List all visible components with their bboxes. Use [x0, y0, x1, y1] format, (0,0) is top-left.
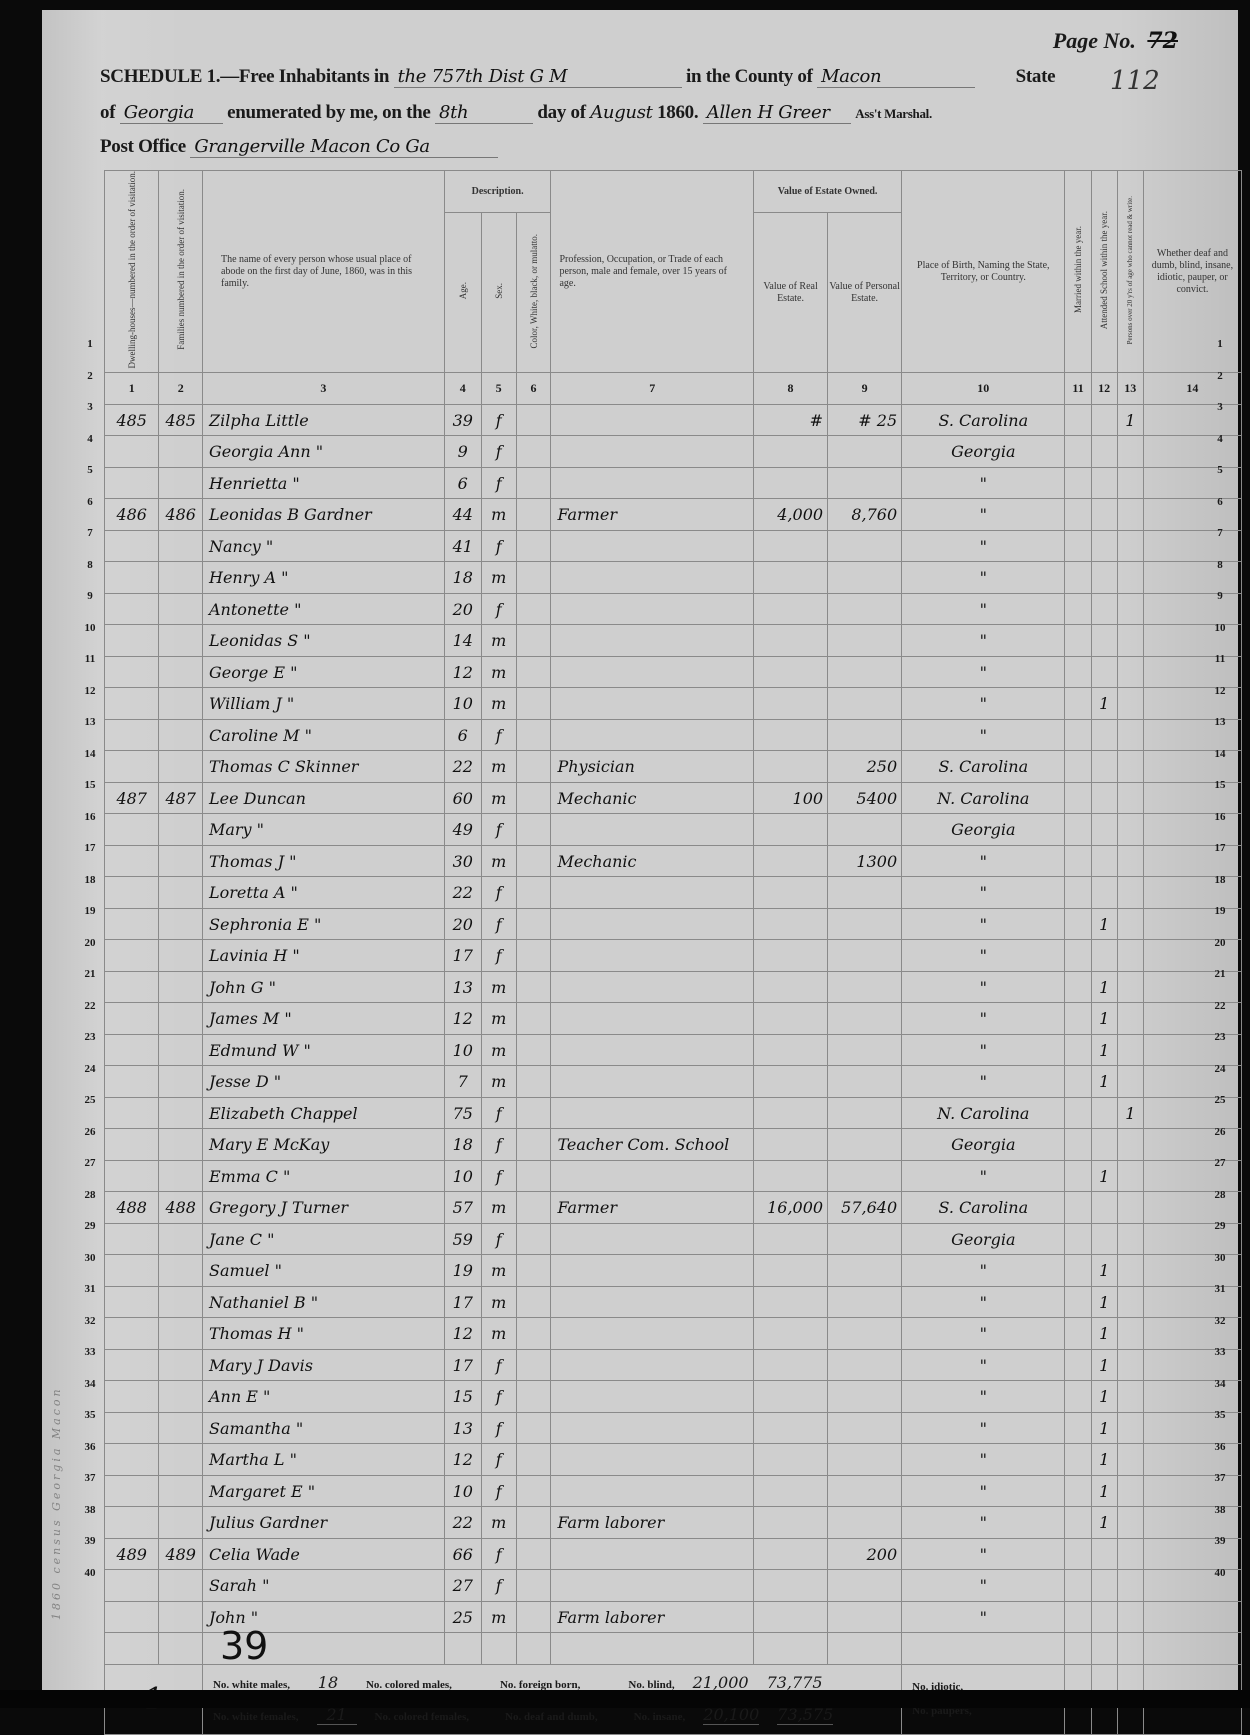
real-estate-value	[754, 1570, 828, 1602]
person-name: Loretta A "	[202, 877, 444, 909]
row-number-right: 32	[1208, 1315, 1232, 1327]
person-name: Celia Wade	[202, 1538, 444, 1570]
dwelling-number	[105, 593, 159, 625]
family-number	[159, 877, 203, 909]
attended-school	[1091, 656, 1117, 688]
page-number-label: Page No.	[1053, 28, 1136, 53]
col-header-personal-estate: Value of Personal Estate.	[828, 213, 902, 373]
married-within-year	[1065, 908, 1091, 940]
personal-estate-value	[828, 971, 902, 1003]
occupation	[551, 1633, 754, 1665]
color	[516, 814, 551, 846]
occupation	[551, 1444, 754, 1476]
col-header-family: Families numbered in the order of visita…	[159, 171, 203, 373]
color	[516, 1633, 551, 1665]
cannot-read-write: 1	[1117, 1097, 1143, 1129]
row-number-left: 21	[78, 968, 102, 980]
personal-estate-value	[828, 562, 902, 594]
dwelling-number	[105, 1003, 159, 1035]
birthplace: "	[902, 719, 1065, 751]
attended-school: 1	[1091, 1160, 1117, 1192]
color	[516, 1066, 551, 1098]
cannot-read-write	[1117, 1381, 1143, 1413]
real-estate-value	[754, 1475, 828, 1507]
dwelling-number	[105, 1223, 159, 1255]
cannot-read-write	[1117, 530, 1143, 562]
personal-estate-value	[828, 593, 902, 625]
dwelling-number	[105, 1633, 159, 1665]
family-number	[159, 625, 203, 657]
attended-school	[1091, 1570, 1117, 1602]
age: 75	[444, 1097, 481, 1129]
birthplace: "	[902, 1570, 1065, 1602]
occupation	[551, 625, 754, 657]
person-name: Samantha "	[202, 1412, 444, 1444]
color	[516, 467, 551, 499]
row-number-right: 27	[1208, 1157, 1232, 1169]
col-header-illiterate: Persons over 20 y'rs of age who cannot r…	[1117, 171, 1143, 373]
family-number: 485	[159, 404, 203, 436]
personal-estate-value	[828, 1160, 902, 1192]
dwelling-number	[105, 1601, 159, 1633]
age: 12	[444, 1318, 481, 1350]
occupation	[551, 971, 754, 1003]
age: 25	[444, 1601, 481, 1633]
dwelling-number: 486	[105, 499, 159, 531]
row-number-right: 10	[1208, 622, 1232, 634]
column-numbers: 123 456 789 101112 1314	[105, 373, 1242, 405]
table-row: Nancy "41f"	[105, 530, 1242, 562]
sex: m	[481, 656, 516, 688]
row-number-left: 38	[78, 1504, 102, 1516]
real-estate-value	[754, 562, 828, 594]
occupation: Teacher Com. School	[551, 1129, 754, 1161]
occupation	[551, 877, 754, 909]
occupation	[551, 1034, 754, 1066]
family-number	[159, 1160, 203, 1192]
age: 22	[444, 1507, 481, 1539]
married-within-year	[1065, 845, 1091, 877]
married-within-year	[1065, 499, 1091, 531]
married-within-year	[1065, 436, 1091, 468]
age: 22	[444, 877, 481, 909]
cannot-read-write	[1117, 1160, 1143, 1192]
personal-estate-value	[828, 940, 902, 972]
dwelling-number	[105, 719, 159, 751]
family-number	[159, 1570, 203, 1602]
dwelling-number	[105, 908, 159, 940]
sex: f	[481, 940, 516, 972]
color	[516, 940, 551, 972]
cannot-read-write	[1117, 940, 1143, 972]
census-table: Dwelling-houses—numbered in the order of…	[104, 170, 1242, 1708]
person-name: George E "	[202, 656, 444, 688]
cannot-read-write	[1117, 877, 1143, 909]
age: 17	[444, 1349, 481, 1381]
table-row: William J "10m"1	[105, 688, 1242, 720]
table-row: Sarah "27f"	[105, 1570, 1242, 1602]
family-number	[159, 1097, 203, 1129]
personal-estate-value	[828, 1349, 902, 1381]
dwelling-number	[105, 530, 159, 562]
family-number	[159, 814, 203, 846]
attended-school: 1	[1091, 688, 1117, 720]
birthplace: S. Carolina	[902, 1192, 1065, 1224]
real-estate-value	[754, 1160, 828, 1192]
occupation	[551, 1286, 754, 1318]
row-number-left: 2	[78, 370, 102, 382]
attended-school	[1091, 1538, 1117, 1570]
disability-notes	[1143, 1633, 1241, 1665]
family-number: 489	[159, 1538, 203, 1570]
birthplace: S. Carolina	[902, 404, 1065, 436]
row-number-right: 6	[1208, 496, 1232, 508]
person-name: Martha L "	[202, 1444, 444, 1476]
table-row: 486486Leonidas B Gardner44mFarmer4,0008,…	[105, 499, 1242, 531]
color	[516, 1286, 551, 1318]
birthplace: N. Carolina	[902, 1097, 1065, 1129]
age: 60	[444, 782, 481, 814]
family-number	[159, 1381, 203, 1413]
birthplace: "	[902, 1318, 1065, 1350]
attended-school	[1091, 877, 1117, 909]
attended-school: 1	[1091, 1349, 1117, 1381]
real-estate-value	[754, 1381, 828, 1413]
birthplace: "	[902, 562, 1065, 594]
sex: m	[481, 1192, 516, 1224]
married-within-year	[1065, 1507, 1091, 1539]
dwelling-number	[105, 467, 159, 499]
marshal-label: Ass't Marshal.	[855, 106, 932, 121]
enumerated-label: enumerated by me, on the	[227, 102, 430, 123]
dwelling-number	[105, 1570, 159, 1602]
person-name: Mary J Davis	[202, 1349, 444, 1381]
sex: f	[481, 814, 516, 846]
year-value: 1860.	[657, 102, 698, 123]
sex: m	[481, 562, 516, 594]
personal-estate-value	[828, 1034, 902, 1066]
personal-estate-value	[828, 908, 902, 940]
occupation: Farmer	[551, 499, 754, 531]
table-row: Julius Gardner22mFarm laborer"1	[105, 1507, 1242, 1539]
birthplace: "	[902, 1475, 1065, 1507]
married-within-year	[1065, 593, 1091, 625]
sex: m	[481, 688, 516, 720]
row-number-left: 31	[78, 1283, 102, 1295]
row-number-right: 23	[1208, 1031, 1232, 1043]
col-header-age: Age.	[444, 213, 481, 373]
row-number-left: 27	[78, 1157, 102, 1169]
attended-school	[1091, 1223, 1117, 1255]
row-number-right: 4	[1208, 433, 1232, 445]
dwelling-number	[105, 1318, 159, 1350]
row-number-right: 40	[1208, 1567, 1232, 1579]
row-number-right: 3	[1208, 401, 1232, 413]
attended-school	[1091, 845, 1117, 877]
row-number-left: 30	[78, 1252, 102, 1264]
married-within-year	[1065, 814, 1091, 846]
real-estate-value	[754, 1129, 828, 1161]
age: 20	[444, 908, 481, 940]
post-office-label: Post Office	[100, 136, 186, 157]
age: 30	[444, 845, 481, 877]
age	[444, 1633, 481, 1665]
row-number-left: 32	[78, 1315, 102, 1327]
married-within-year	[1065, 719, 1091, 751]
personal-estate-value	[828, 688, 902, 720]
personal-estate-value	[828, 1570, 902, 1602]
married-within-year	[1065, 1349, 1091, 1381]
attended-school: 1	[1091, 1286, 1117, 1318]
occupation	[551, 719, 754, 751]
real-estate-value	[754, 1349, 828, 1381]
person-name: James M "	[202, 1003, 444, 1035]
real-estate-value	[754, 625, 828, 657]
row-number-left: 25	[78, 1094, 102, 1106]
real-estate-value	[754, 1286, 828, 1318]
row-number-right: 5	[1208, 464, 1232, 476]
birthplace: N. Carolina	[902, 782, 1065, 814]
row-number-right: 26	[1208, 1126, 1232, 1138]
attended-school: 1	[1091, 1444, 1117, 1476]
cannot-read-write	[1117, 1349, 1143, 1381]
sex	[481, 1633, 516, 1665]
occupation	[551, 1475, 754, 1507]
age: 44	[444, 499, 481, 531]
attended-school: 1	[1091, 1255, 1117, 1287]
personal-estate-value	[828, 1318, 902, 1350]
row-number-right: 38	[1208, 1504, 1232, 1516]
row-number-right: 30	[1208, 1252, 1232, 1264]
birthplace: "	[902, 1601, 1065, 1633]
color	[516, 1381, 551, 1413]
occupation	[551, 656, 754, 688]
row-number-right: 24	[1208, 1063, 1232, 1075]
real-estate-value: 4,000	[754, 499, 828, 531]
real-estate-value	[754, 719, 828, 751]
dwelling-number	[105, 1255, 159, 1287]
col-header-birthplace: Place of Birth, Naming the State, Territ…	[902, 171, 1065, 373]
birthplace: Georgia	[902, 1223, 1065, 1255]
occupation	[551, 1160, 754, 1192]
age: 15	[444, 1381, 481, 1413]
row-number-right: 9	[1208, 590, 1232, 602]
color	[516, 562, 551, 594]
person-name: Lee Duncan	[202, 782, 444, 814]
family-number	[159, 1444, 203, 1476]
table-row: George E "12m"	[105, 656, 1242, 688]
table-row: Thomas C Skinner22mPhysician250S. Caroli…	[105, 751, 1242, 783]
color	[516, 971, 551, 1003]
person-name: Sarah "	[202, 1570, 444, 1602]
schedule-line: SCHEDULE 1.—Free Inhabitants in the 757t…	[100, 66, 1055, 88]
birthplace: "	[902, 940, 1065, 972]
age: 7	[444, 1066, 481, 1098]
personal-estate-value	[828, 625, 902, 657]
person-name: Caroline M "	[202, 719, 444, 751]
sex: f	[481, 1349, 516, 1381]
attended-school: 1	[1091, 1507, 1117, 1539]
sex: f	[481, 1381, 516, 1413]
birthplace: "	[902, 1381, 1065, 1413]
row-number-right: 20	[1208, 937, 1232, 949]
table-row: James M "12m"1	[105, 1003, 1242, 1035]
birthplace: "	[902, 499, 1065, 531]
row-number-left: 4	[78, 433, 102, 445]
attended-school: 1	[1091, 1412, 1117, 1444]
personal-estate-value	[828, 1412, 902, 1444]
color	[516, 751, 551, 783]
day-value: 8th	[435, 102, 533, 124]
table-row: Georgia Ann "9fGeorgia	[105, 436, 1242, 468]
dwelling-number	[105, 940, 159, 972]
birthplace: "	[902, 688, 1065, 720]
birthplace: "	[902, 1412, 1065, 1444]
sex: m	[481, 1507, 516, 1539]
occupation: Physician	[551, 751, 754, 783]
age: 6	[444, 719, 481, 751]
age: 13	[444, 1412, 481, 1444]
color	[516, 1034, 551, 1066]
dwelling-number	[105, 1097, 159, 1129]
married-within-year	[1065, 404, 1091, 436]
attended-school	[1091, 467, 1117, 499]
personal-estate-value: 8,760	[828, 499, 902, 531]
personal-estate-value	[828, 530, 902, 562]
col-header-color: Color, White, black, or mulatto.	[516, 213, 551, 373]
family-number	[159, 971, 203, 1003]
table-row: Thomas H "12m"1	[105, 1318, 1242, 1350]
page-number: Page No. 72	[1053, 28, 1178, 54]
sex: m	[481, 1318, 516, 1350]
cannot-read-write	[1117, 499, 1143, 531]
cannot-read-write	[1117, 1223, 1143, 1255]
married-within-year	[1065, 1538, 1091, 1570]
personal-estate-value: 250	[828, 751, 902, 783]
attended-school	[1091, 814, 1117, 846]
cannot-read-write	[1117, 1129, 1143, 1161]
real-estate-value	[754, 688, 828, 720]
family-number	[159, 530, 203, 562]
family-number	[159, 1507, 203, 1539]
birthplace: "	[902, 467, 1065, 499]
attended-school: 1	[1091, 1003, 1117, 1035]
age: 14	[444, 625, 481, 657]
personal-estate-value	[828, 656, 902, 688]
dwelling-number	[105, 1381, 159, 1413]
cannot-read-write	[1117, 593, 1143, 625]
dwelling-number	[105, 971, 159, 1003]
occupation	[551, 1097, 754, 1129]
row-number-right: 29	[1208, 1220, 1232, 1232]
occupation	[551, 1223, 754, 1255]
cannot-read-write	[1117, 908, 1143, 940]
color	[516, 1003, 551, 1035]
married-within-year	[1065, 1286, 1091, 1318]
person-name: Gregory J Turner	[202, 1192, 444, 1224]
personal-estate-value	[828, 814, 902, 846]
family-number: 487	[159, 782, 203, 814]
cannot-read-write	[1117, 1318, 1143, 1350]
state-label: State	[1016, 66, 1056, 87]
age: 19	[444, 1255, 481, 1287]
birthplace: "	[902, 1160, 1065, 1192]
sex: m	[481, 782, 516, 814]
person-name: Leonidas B Gardner	[202, 499, 444, 531]
row-number-right: 34	[1208, 1378, 1232, 1390]
personal-estate-value: # 25	[828, 404, 902, 436]
sex: f	[481, 1129, 516, 1161]
dwelling-number	[105, 814, 159, 846]
person-name: William J "	[202, 688, 444, 720]
row-number-right: 17	[1208, 842, 1232, 854]
real-estate-value	[754, 1601, 828, 1633]
real-estate-value	[754, 877, 828, 909]
married-within-year	[1065, 1633, 1091, 1665]
table-row: Henry A "18m"	[105, 562, 1242, 594]
real-estate-value	[754, 1255, 828, 1287]
sex: f	[481, 1538, 516, 1570]
real-estate-value	[754, 971, 828, 1003]
table-row: Caroline M "6f"	[105, 719, 1242, 751]
month-value: August	[590, 102, 652, 123]
row-number-right: 21	[1208, 968, 1232, 980]
personal-estate-value	[828, 719, 902, 751]
row-number-left: 20	[78, 937, 102, 949]
person-name: Lavinia H "	[202, 940, 444, 972]
color	[516, 1129, 551, 1161]
cannot-read-write	[1117, 1601, 1143, 1633]
married-within-year	[1065, 1066, 1091, 1098]
age: 6	[444, 467, 481, 499]
attended-school: 1	[1091, 1318, 1117, 1350]
sex: m	[481, 751, 516, 783]
family-number	[159, 593, 203, 625]
real-estate-value	[754, 1444, 828, 1476]
cannot-read-write	[1117, 1444, 1143, 1476]
table-row: Edmund W "10m"1	[105, 1034, 1242, 1066]
family-number	[159, 1255, 203, 1287]
real-estate-value	[754, 1507, 828, 1539]
cannot-read-write	[1117, 1286, 1143, 1318]
attended-school	[1091, 499, 1117, 531]
page-number-value: 72	[1147, 28, 1178, 54]
attended-school	[1091, 1129, 1117, 1161]
post-office-line: Post Office Grangerville Macon Co Ga	[100, 136, 498, 158]
table-row: Mary "49fGeorgia	[105, 814, 1242, 846]
table-row: Samuel "19m"1	[105, 1255, 1242, 1287]
birthplace: "	[902, 1538, 1065, 1570]
person-name: Nathaniel B "	[202, 1286, 444, 1318]
attended-school: 1	[1091, 908, 1117, 940]
sex: m	[481, 625, 516, 657]
col-header-real-estate: Value of Real Estate.	[754, 213, 828, 373]
married-within-year	[1065, 1003, 1091, 1035]
dwelling-number	[105, 562, 159, 594]
occupation: Farm laborer	[551, 1601, 754, 1633]
color	[516, 1412, 551, 1444]
age: 20	[444, 593, 481, 625]
age: 57	[444, 1192, 481, 1224]
disability-notes	[1143, 1601, 1241, 1633]
personal-estate-value	[828, 1601, 902, 1633]
age: 39	[444, 404, 481, 436]
family-number	[159, 1286, 203, 1318]
col-header-dwelling: Dwelling-houses—numbered in the order of…	[105, 171, 159, 373]
married-within-year	[1065, 1223, 1091, 1255]
cannot-read-write	[1117, 1507, 1143, 1539]
color	[516, 499, 551, 531]
